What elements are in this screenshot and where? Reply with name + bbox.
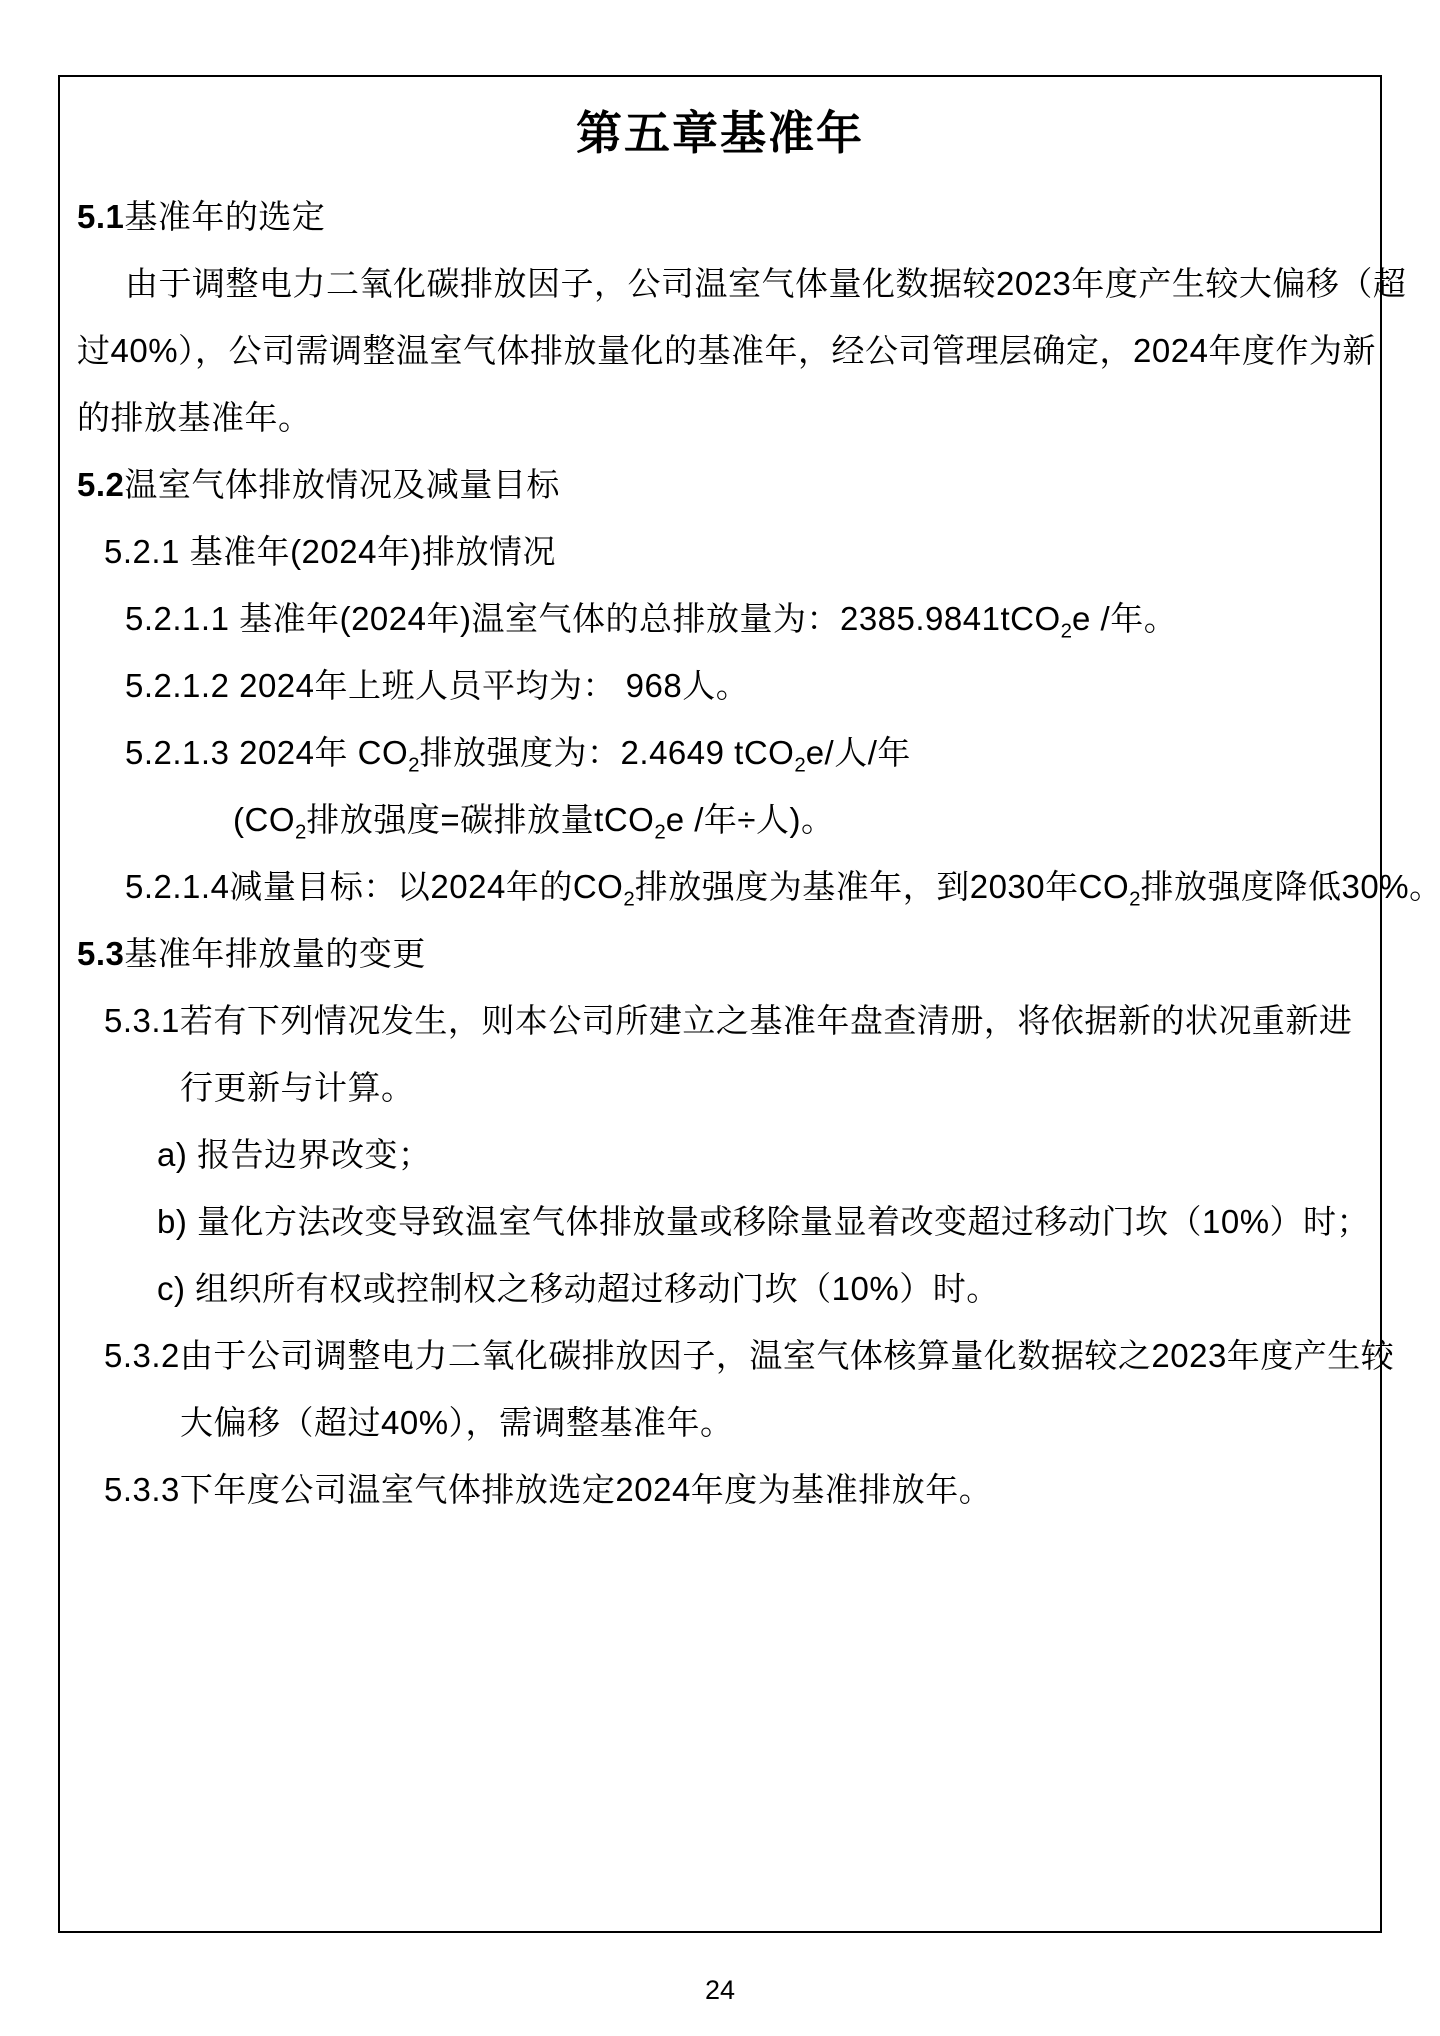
text-segment: 5.2.1.1 基准年(2024年)温室气体的总排放量为：2385.9841tC… (125, 600, 1061, 637)
text-segment: 的排放基准年。 (77, 399, 312, 436)
text-segment: 由于调整电力二氧化碳排放因子，公司温室气体量化数据较2023年度产生较大偏移（超 (125, 265, 1406, 302)
text-segment: 温室气体排放情况及减量目标 (124, 466, 560, 503)
text-segment: 大偏移（超过40%），需调整基准年。 (180, 1404, 734, 1441)
text-segment: 行更新与计算。 (180, 1069, 415, 1106)
text-segment: 5.2.1.2 2024年上班人员平均为： 968人。 (125, 667, 749, 704)
text-segment: 5.2.1 基准年(2024年)排放情况 (104, 533, 556, 570)
subscript-text: 2 (794, 754, 805, 777)
text-line: b) 量化方法改变导致温室气体排放量或移除量显着改变超过移动门坎（10%）时； (60, 1188, 1380, 1255)
subscript-text: 2 (1129, 888, 1140, 911)
text-line: c) 组织所有权或控制权之移动超过移动门坎（10%）时。 (60, 1255, 1380, 1322)
text-segment: 基准年排放量的变更 (124, 935, 426, 972)
text-line: 5.2.1.2 2024年上班人员平均为： 968人。 (60, 652, 1380, 719)
text-segment: 排放强度为：2.4649 tCO (420, 734, 795, 771)
text-segment: 5.2.1.3 2024年 CO (125, 734, 408, 771)
page-border: 第五章基准年 5.1基准年的选定由于调整电力二氧化碳排放因子，公司温室气体量化数… (58, 75, 1382, 1933)
text-line: 5.2.1.4减量目标：以2024年的CO2排放强度为基准年，到2030年CO2… (60, 853, 1380, 920)
text-segment: 排放强度为基准年，到2030年CO (635, 868, 1129, 905)
text-segment: 5.2.1.4减量目标：以2024年的CO (125, 868, 623, 905)
text-line: 5.3.2由于公司调整电力二氧化碳排放因子，温室气体核算量化数据较之2023年度… (60, 1322, 1380, 1389)
text-segment: 排放强度=碳排放量tCO (306, 801, 654, 838)
text-line: 5.3.1若有下列情况发生，则本公司所建立之基准年盘查清册，将依据新的状况重新进 (60, 987, 1380, 1054)
text-segment: b) 量化方法改变导致温室气体排放量或移除量显着改变超过移动门坎（10%）时； (157, 1203, 1370, 1240)
text-line: 由于调整电力二氧化碳排放因子，公司温室气体量化数据较2023年度产生较大偏移（超 (60, 250, 1380, 317)
text-segment: 基准年的选定 (124, 198, 325, 235)
subscript-text: 2 (654, 821, 665, 844)
text-line: a) 报告边界改变； (60, 1121, 1380, 1188)
text-segment: 5.3.3下年度公司温室气体排放选定2024年度为基准排放年。 (104, 1471, 992, 1508)
text-line: 5.2.1 基准年(2024年)排放情况 (60, 518, 1380, 585)
text-line: 大偏移（超过40%），需调整基准年。 (60, 1389, 1380, 1456)
text-segment: e /年÷人)。 (666, 801, 835, 838)
text-line: 过40%），公司需调整温室气体排放量化的基准年，经公司管理层确定，2024年度作… (60, 317, 1380, 384)
subscript-text: 2 (408, 754, 419, 777)
page-number: 24 (0, 1972, 1440, 2008)
text-segment: (CO (233, 801, 295, 838)
text-line: 5.2.1.3 2024年 CO2排放强度为：2.4649 tCO2e/人/年 (60, 719, 1380, 786)
text-segment: 5.1 (77, 198, 124, 235)
text-segment: a) 报告边界改变； (157, 1136, 432, 1173)
text-segment: e/人/年 (806, 734, 911, 771)
subscript-text: 2 (623, 888, 634, 911)
text-line: 5.1基准年的选定 (60, 183, 1380, 250)
text-segment: 5.3.2由于公司调整电力二氧化碳排放因子，温室气体核算量化数据较之2023年度… (104, 1337, 1394, 1374)
text-line: 5.3基准年排放量的变更 (60, 920, 1380, 987)
text-segment: e /年。 (1072, 600, 1177, 637)
text-segment: 排放强度降低30%。 (1141, 868, 1440, 905)
text-line: 5.3.3下年度公司温室气体排放选定2024年度为基准排放年。 (60, 1456, 1380, 1523)
text-segment: c) 组织所有权或控制权之移动超过移动门坎（10%）时。 (157, 1270, 1000, 1307)
text-line: 5.2温室气体排放情况及减量目标 (60, 451, 1380, 518)
text-line: (CO2排放强度=碳排放量tCO2e /年÷人)。 (60, 786, 1380, 853)
text-segment: 过40%），公司需调整温室气体排放量化的基准年，经公司管理层确定，2024年度作… (77, 332, 1376, 369)
text-line: 5.2.1.1 基准年(2024年)温室气体的总排放量为：2385.9841tC… (60, 585, 1380, 652)
text-segment: 5.2 (77, 466, 124, 503)
subscript-text: 2 (295, 821, 306, 844)
subscript-text: 2 (1061, 620, 1072, 643)
chapter-title: 第五章基准年 (60, 98, 1380, 168)
text-line: 行更新与计算。 (60, 1054, 1380, 1121)
text-line: 的排放基准年。 (60, 384, 1380, 451)
document-page: 第五章基准年 5.1基准年的选定由于调整电力二氧化碳排放因子，公司温室气体量化数… (0, 0, 1440, 2036)
text-segment: 5.3 (77, 935, 124, 972)
document-body: 5.1基准年的选定由于调整电力二氧化碳排放因子，公司温室气体量化数据较2023年… (60, 183, 1380, 1523)
text-segment: 5.3.1若有下列情况发生，则本公司所建立之基准年盘查清册，将依据新的状况重新进 (104, 1002, 1352, 1039)
